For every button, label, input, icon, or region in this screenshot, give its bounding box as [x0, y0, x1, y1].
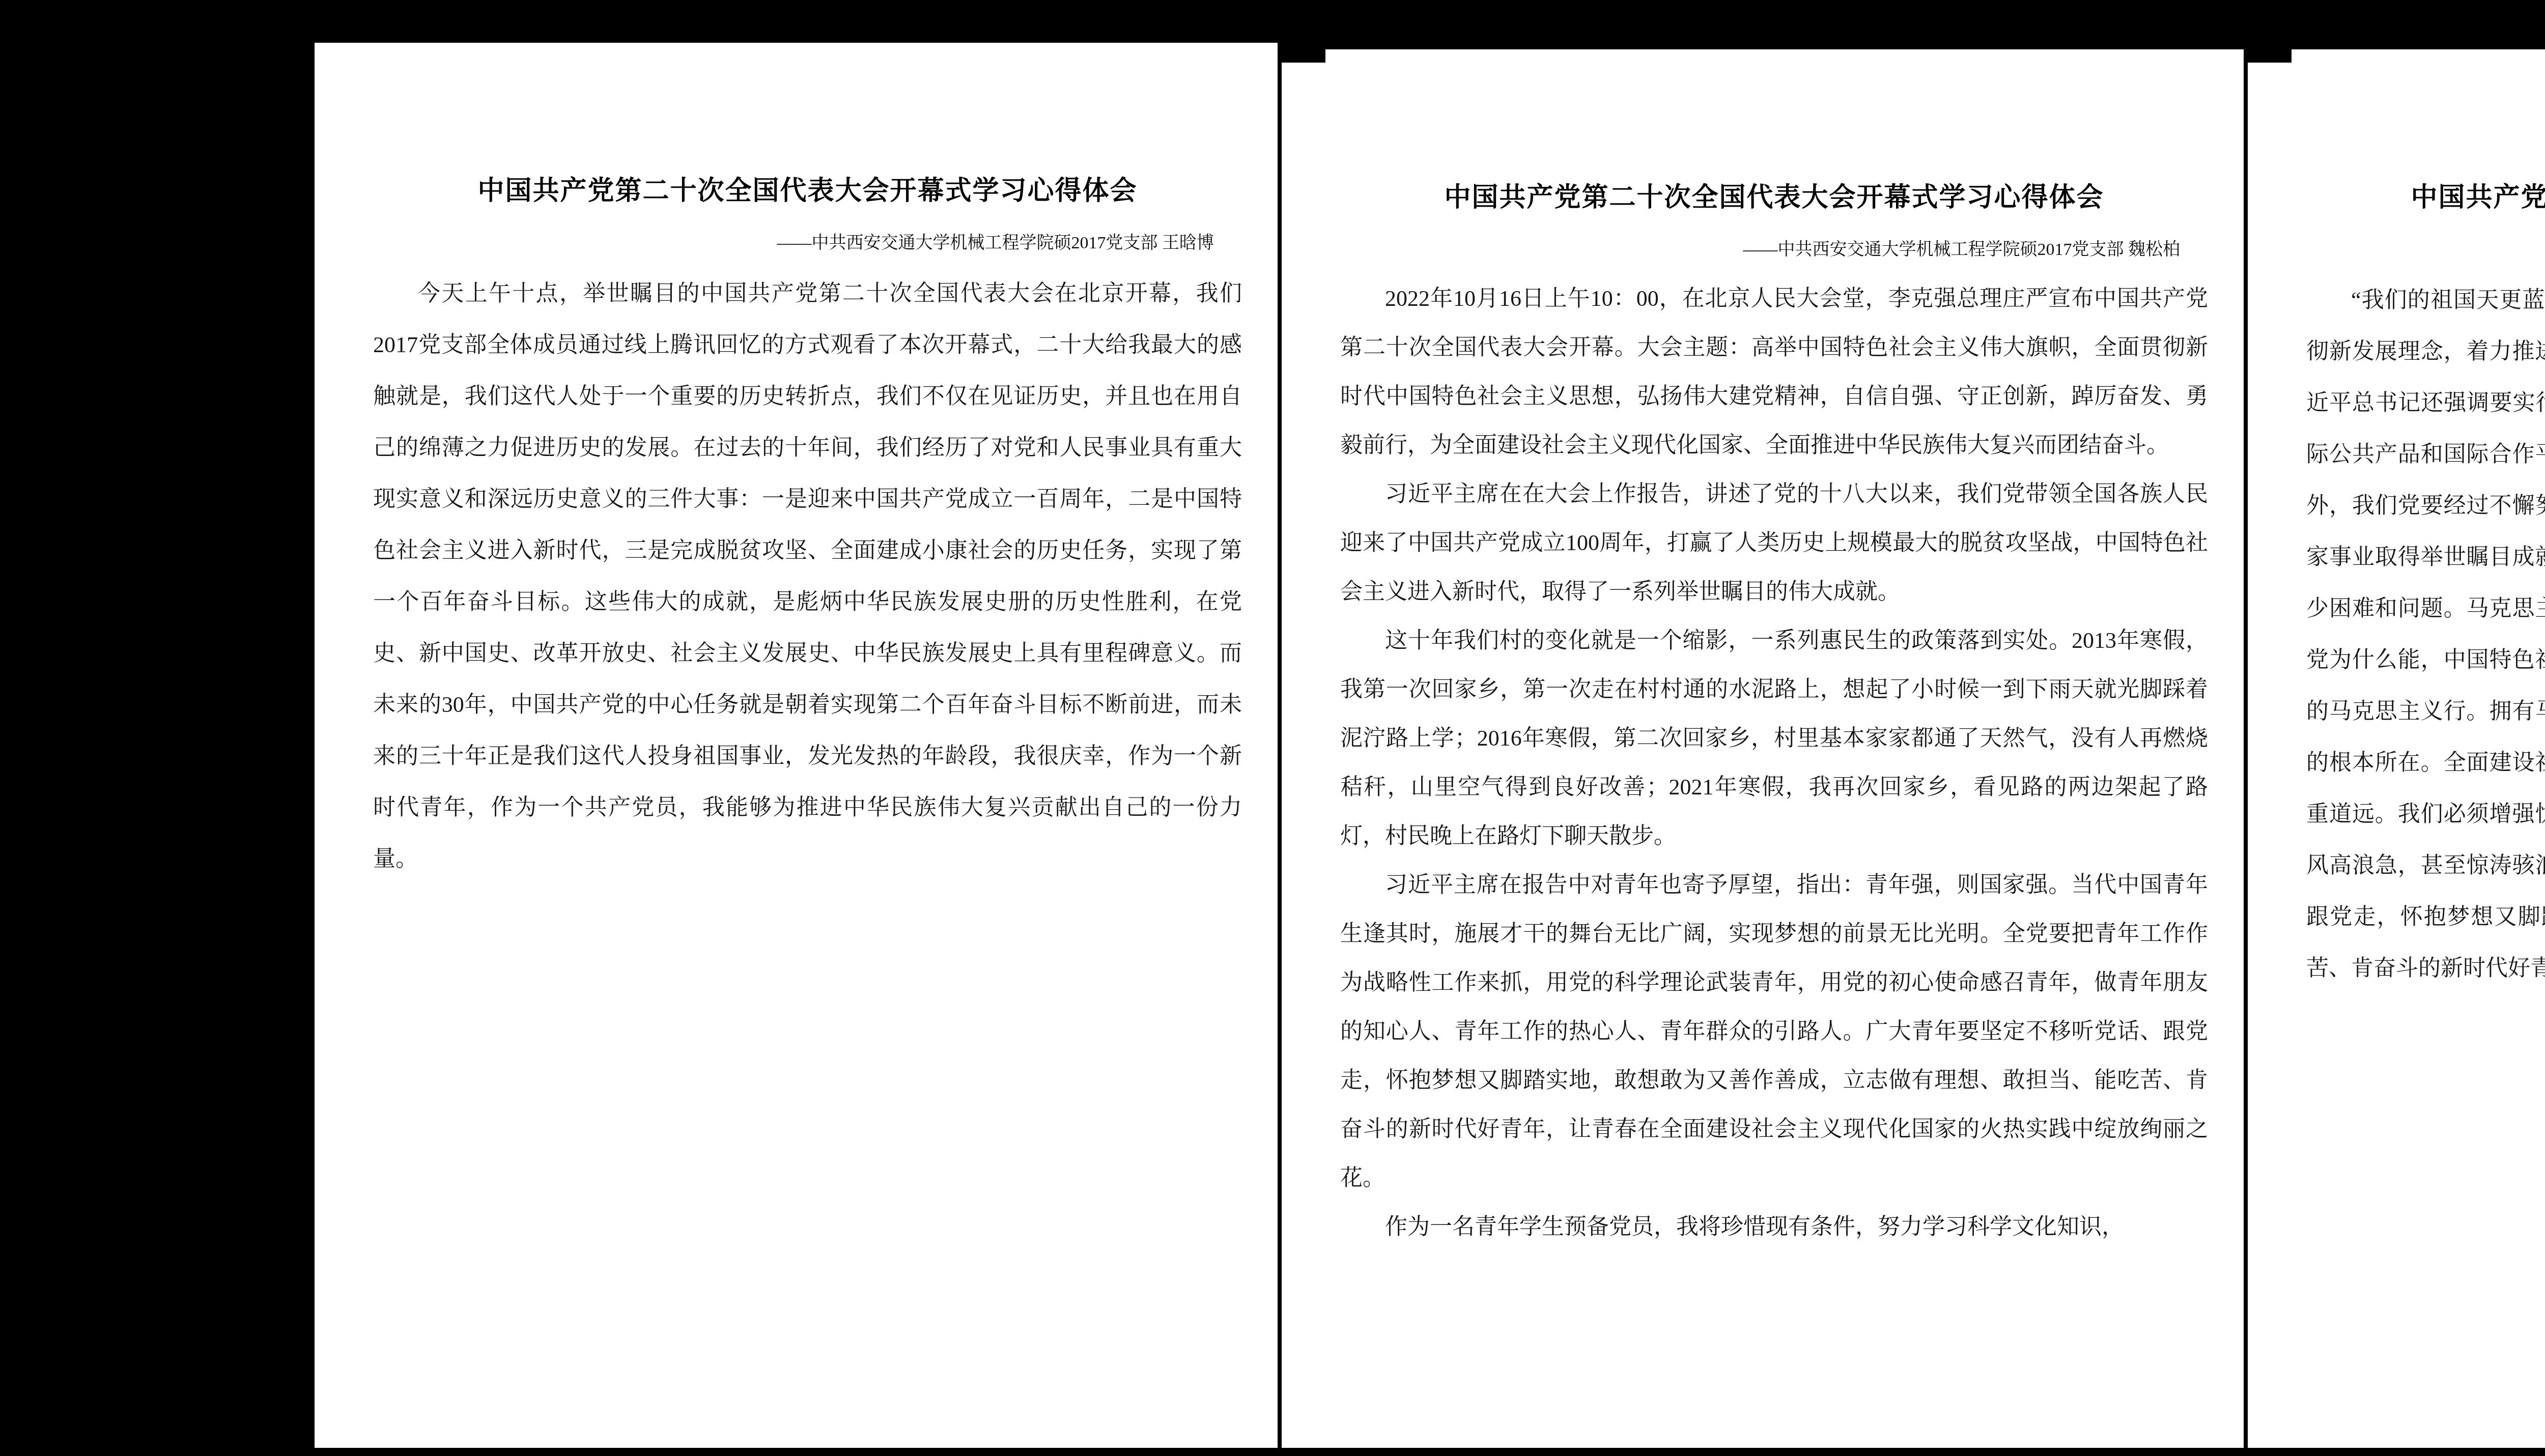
- byline: ——中共西安交通大学机械工程学院硕2017党支部 王晗博: [373, 229, 1242, 253]
- page-top-notch: [2248, 49, 2292, 63]
- paragraph: 作为一名青年学生预备党员，我将珍惜现有条件，努力学习科学文化知识，: [1340, 1203, 2208, 1251]
- page-title: 中国共产党第二十次全国代表大会开幕式学习心得体会: [373, 169, 1242, 207]
- page-body: “我们的祖国天更蓝，山更绿，水更清”，习近平总书记在大会上讲到，并提出了贯彻新发…: [2306, 274, 2545, 994]
- byline: ——中共西安交通大学机械工程学院硕2017党支部 任东旭: [2306, 235, 2545, 260]
- document-page-1: 中国共产党第二十次全国代表大会开幕式学习心得体会 ——中共西安交通大学机械工程学…: [315, 43, 1278, 1448]
- document-page-2: 中国共产党第二十次全国代表大会开幕式学习心得体会 ——中共西安交通大学机械工程学…: [1282, 49, 2244, 1448]
- page-content: 中国共产党第二十次全国代表大会开幕式学习心得体会 ——中共西安交通大学机械工程学…: [1282, 176, 2244, 1251]
- paragraph: 习近平主席在报告中对青年也寄予厚望，指出：青年强，则国家强。当代中国青年生逢其时…: [1340, 861, 2208, 1203]
- paragraph: 今天上午十点，举世瞩目的中国共产党第二十次全国代表大会在北京开幕，我们2017党…: [373, 268, 1242, 884]
- paragraph: 习近平主席在在大会上作报告，讲述了党的十八大以来，我们党带领全国各族人民迎来了中…: [1340, 470, 2208, 616]
- paragraph: “我们的祖国天更蓝，山更绿，水更清”，习近平总书记在大会上讲到，并提出了贯彻新发…: [2306, 274, 2545, 994]
- page-top-notch: [1282, 49, 1325, 63]
- page-content: 中国共产党第二十次全国代表大会开幕式学习心得体会 ——中共西安交通大学机械工程学…: [2248, 176, 2545, 994]
- document-page-3: 中国共产党第二十次全国代表大会开幕式学习心得体会 ——中共西安交通大学机械工程学…: [2248, 49, 2545, 1448]
- page-body: 今天上午十点，举世瞩目的中国共产党第二十次全国代表大会在北京开幕，我们2017党…: [373, 268, 1242, 884]
- page-body: 2022年10月16日上午10：00，在北京人民大会堂，李克强总理庄严宣布中国共…: [1340, 274, 2208, 1251]
- page-content: 中国共产党第二十次全国代表大会开幕式学习心得体会 ——中共西安交通大学机械工程学…: [315, 169, 1278, 884]
- paragraph: 这十年我们村的变化就是一个缩影，一系列惠民生的政策落到实处。2013年寒假，我第…: [1340, 616, 2208, 861]
- document-viewer-canvas: 中国共产党第二十次全国代表大会开幕式学习心得体会 ——中共西安交通大学机械工程学…: [0, 0, 2545, 1456]
- page-title: 中国共产党第二十次全国代表大会开幕式学习心得体会: [1340, 176, 2208, 214]
- byline: ——中共西安交通大学机械工程学院硕2017党支部 魏松柏: [1340, 235, 2208, 260]
- paragraph: 2022年10月16日上午10：00，在北京人民大会堂，李克强总理庄严宣布中国共…: [1340, 274, 2208, 470]
- page-title: 中国共产党第二十次全国代表大会开幕式学习心得体会: [2306, 176, 2545, 214]
